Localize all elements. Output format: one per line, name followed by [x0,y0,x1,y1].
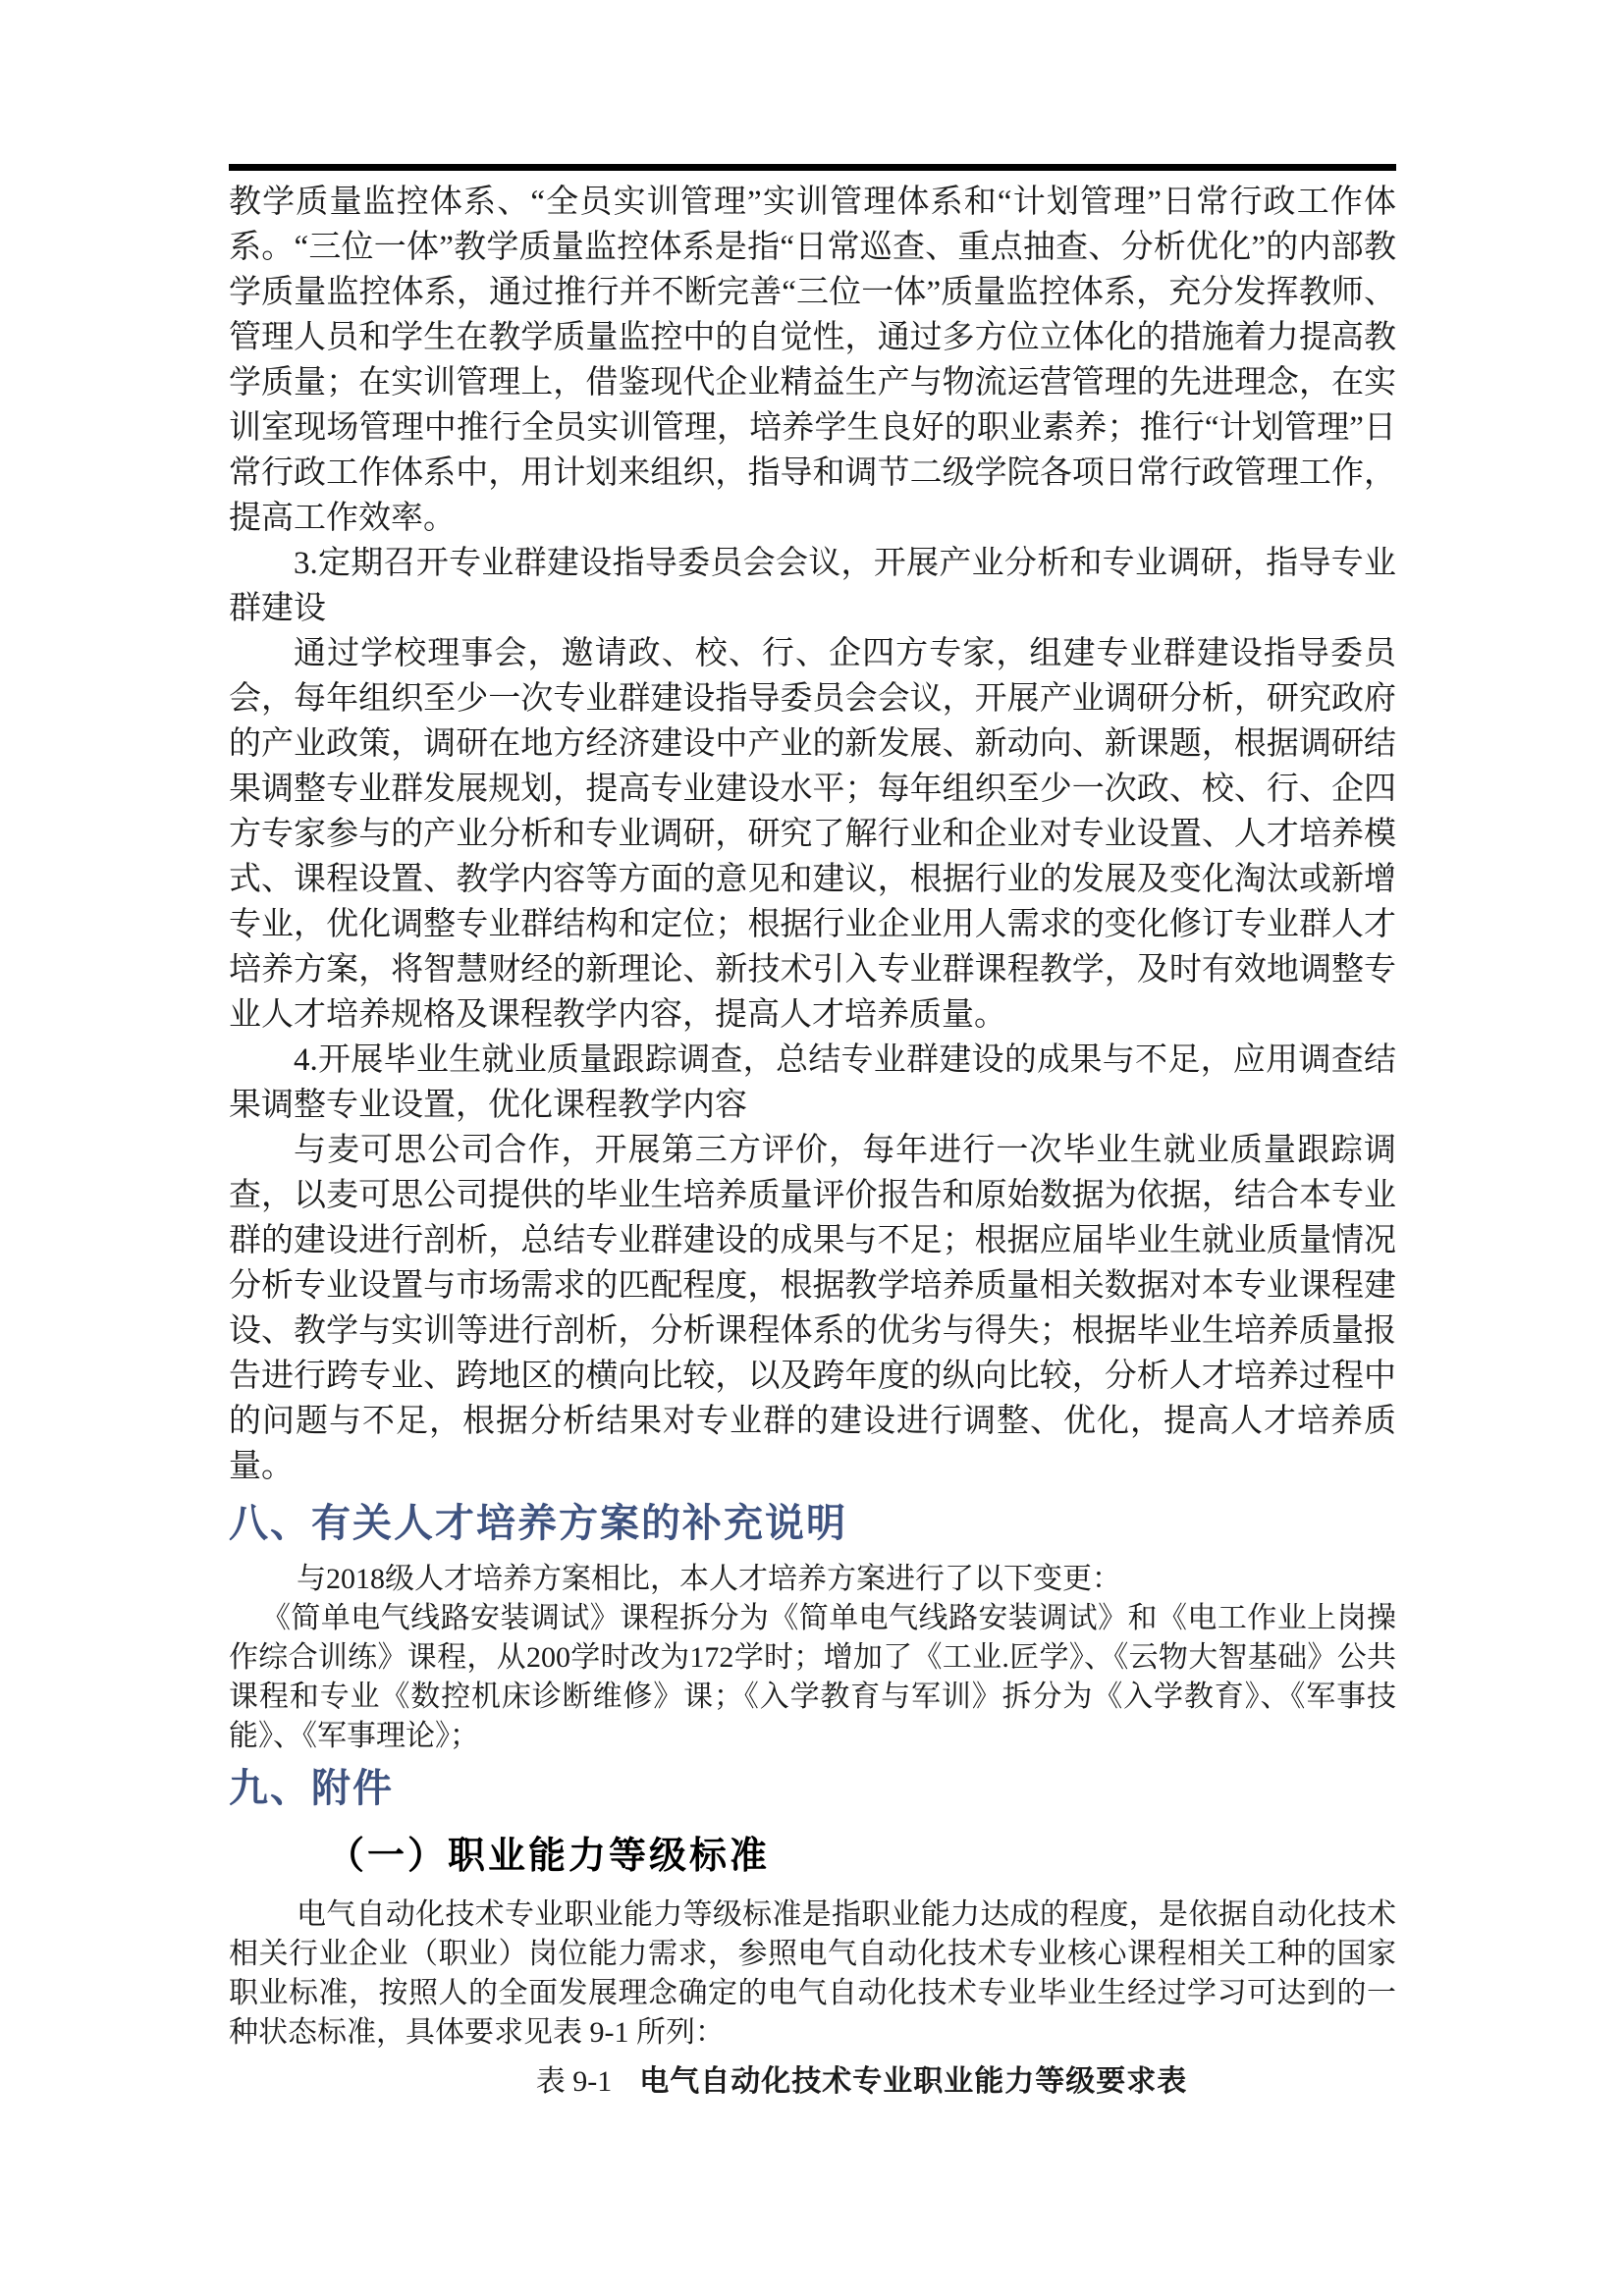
table-caption-number: 表 9-1 [536,2065,613,2098]
paragraph-course-changes-detail: 《简单电气线路安装调试》课程拆分为《简单电气线路安装调试》和《电工作业上岗操作综… [229,1599,1396,1756]
section-heading-nine: 九、附件 [229,1768,1396,1809]
table-caption-title: 电气自动化技术专业职业能力等级要求表 [639,2065,1187,2098]
paragraph-school-council-detail: 通过学校理事会，邀请政、校、行、企四方专家，组建专业群建设指导委员会，每年组织至… [229,631,1396,1038]
page-content: 教学质量监控体系、“全员实训管理”实训管理体系和“计划管理”日常行政工作体系。“… [229,180,1396,2104]
subsection-heading-ability-standard: （一）职业能力等级标准 [327,1837,1396,1876]
paragraph-mycos-evaluation-detail: 与麦可思公司合作，开展第三方评价，每年进行一次毕业生就业质量跟踪调查，以麦可思公… [229,1128,1396,1489]
section-heading-eight: 八、有关人才培养方案的补充说明 [229,1503,1396,1544]
header-rule-divider [229,164,1396,171]
paragraph-item-4-graduate-survey: 4.开展毕业生就业质量跟踪调查，总结专业群建设的成果与不足，应用调查结果调整专业… [229,1038,1396,1128]
document-page: 教学质量监控体系、“全员实训管理”实训管理体系和“计划管理”日常行政工作体系。“… [0,0,1624,2296]
paragraph-ability-standard-description: 电气自动化技术专业职业能力等级标准是指职业能力达成的程度，是依据自动化技术相关行… [229,1896,1396,2053]
paragraph-plan-changes-intro: 与2018级人才培养方案相比，本人才培养方案进行了以下变更： [229,1560,1396,1599]
paragraph-quality-monitoring-system: 教学质量监控体系、“全员实训管理”实训管理体系和“计划管理”日常行政工作体系。“… [229,180,1396,541]
table-caption: 表 9-1电气自动化技术专业职业能力等级要求表 [229,2060,1396,2104]
paragraph-item-3-committee-meetings: 3.定期召开专业群建设指导委员会会议，开展产业分析和专业调研，指导专业群建设 [229,541,1396,631]
